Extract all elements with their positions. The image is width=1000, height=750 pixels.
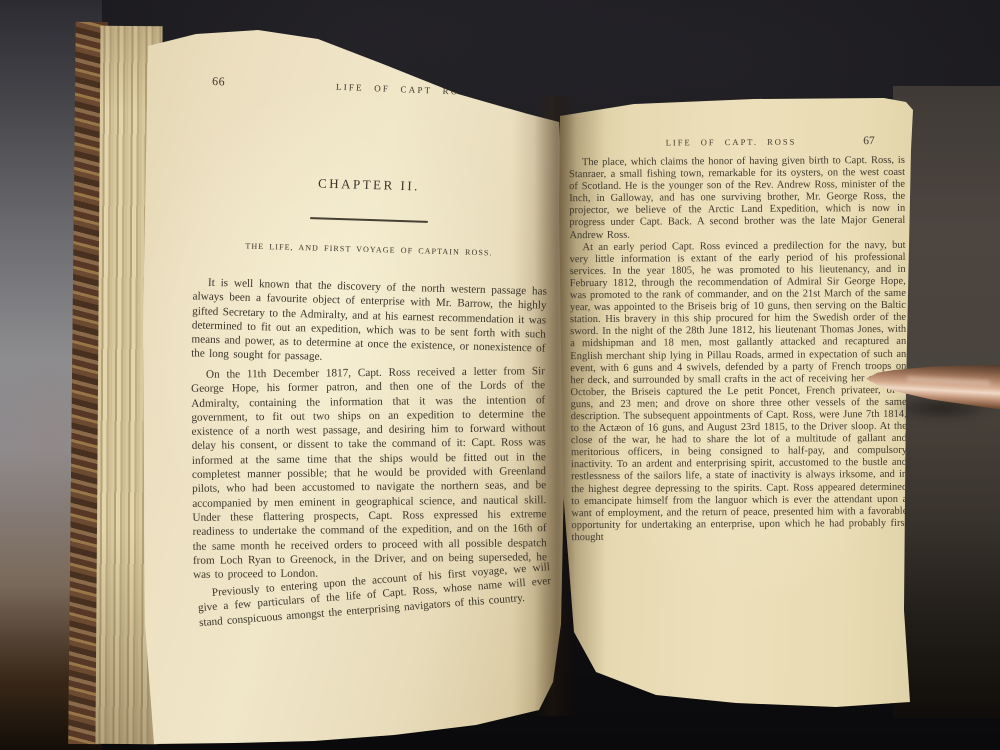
right-running-head: LIFE OF CAPT. ROSS	[599, 136, 864, 148]
left-page: 66 LIFE OF CAPT ROSS CHAPTER II. THE LIF…	[136, 24, 572, 746]
section-heading: THE LIFE, AND FIRST VOYAGE OF CAPTAIN RO…	[192, 240, 546, 259]
chapter-heading: CHAPTER II.	[192, 172, 546, 198]
left-paragraph: On the 11th December 1817, Capt. Ross re…	[191, 364, 547, 582]
right-page-body: The place, which claims the honor of hav…	[569, 155, 908, 544]
book-photo-scene: 66 LIFE OF CAPT ROSS CHAPTER II. THE LIF…	[0, 0, 1000, 750]
left-running-head: LIFE OF CAPT ROSS	[264, 79, 546, 100]
chapter-rule-divider	[310, 217, 428, 223]
right-paragraph: The place, which claims the honor of hav…	[569, 155, 906, 242]
left-page-number: 66	[212, 74, 265, 91]
left-page-text-block: 66 LIFE OF CAPT ROSS CHAPTER II. THE LIF…	[192, 24, 546, 623]
right-paragraph: At an early period Capt. Ross evinced a …	[569, 239, 907, 544]
right-page-header-row: LIFE OF CAPT. ROSS 67	[569, 135, 905, 149]
left-paragraph: It is well known that the discovery of t…	[191, 275, 547, 370]
right-page-number: 67	[863, 135, 875, 147]
right-page-text-block: LIFE OF CAPT. ROSS 67 The place, which c…	[568, 89, 907, 544]
right-page: LIFE OF CAPT. ROSS 67 The place, which c…	[554, 90, 922, 716]
left-page-body: It is well known that the discovery of t…	[192, 280, 546, 623]
gutter-shadow	[534, 96, 576, 716]
left-page-header-row: 66 LIFE OF CAPT ROSS	[192, 73, 546, 102]
